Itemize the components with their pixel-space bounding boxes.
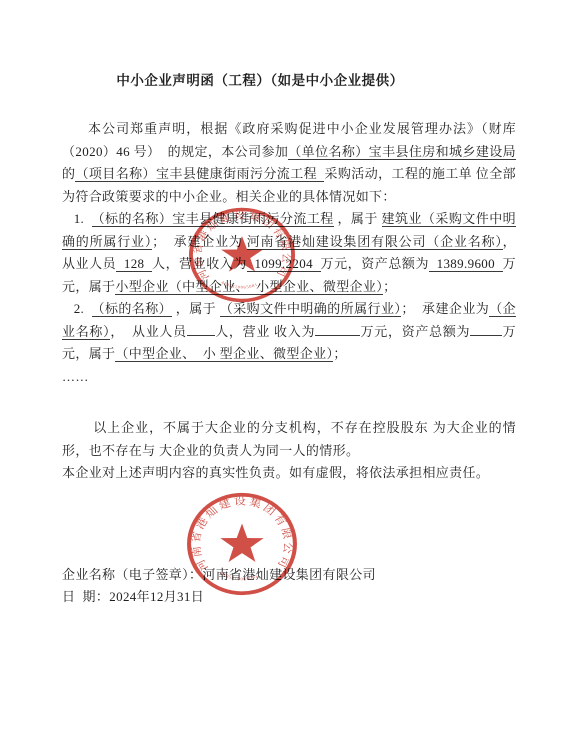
text-run: 人，营业收入为 bbox=[152, 256, 247, 271]
text-run: ，属于 bbox=[334, 211, 382, 226]
date-label: 日 期： bbox=[62, 589, 109, 604]
company-signature-line: 企业名称（电子签章）：河南省港灿建设集团有限公司 bbox=[62, 564, 516, 587]
document-body: 本公司郑重声明，根据《政府采购促进中小企业发展管理办法》（财库（2020）46 … bbox=[62, 118, 516, 609]
text-run: 万元，资产总额为 bbox=[360, 324, 470, 339]
subject-name-field: （标的名称）宝丰县健康街雨污分流工程 bbox=[92, 211, 334, 227]
text-run: 万元，资产总额为 bbox=[321, 256, 429, 271]
employee-count-field: 128 bbox=[116, 256, 152, 272]
item-number: 2. bbox=[74, 301, 92, 316]
item-2-paragraph: 2. （标的名称） ，属于 （采购文件中明确的所属行业）； 承建企业为（企业名称… bbox=[62, 298, 516, 366]
project-name-field: （项目名称）宝丰县健康街雨污分流工程 bbox=[75, 166, 324, 182]
text-run: 人，营业 收入为 bbox=[215, 324, 315, 339]
industry-field-blank: （采购文件中明确的所属行业） bbox=[220, 301, 402, 317]
subject-name-field-blank: （标的名称） bbox=[92, 301, 173, 317]
purchaser-name-field: （单位名称）宝丰县住房和城乡建设局 bbox=[288, 144, 516, 160]
responsibility-paragraph: 本企业对上述声明内容的真实性负责。如有虚假，将依法承担相应责任。 bbox=[62, 462, 516, 485]
intro-paragraph: 本公司郑重声明，根据《政府采购促进中小企业发展管理办法》（财库（2020）46 … bbox=[62, 118, 516, 208]
date-value: 2024年12月31日 bbox=[109, 589, 204, 604]
declaration-document: 中小企业声明函（工程）（如是中小企业提供） 本公司郑重声明，根据《政府采购促进中… bbox=[0, 0, 574, 740]
text-run: ； bbox=[333, 346, 346, 361]
assets-blank bbox=[470, 322, 502, 336]
ellipsis-line: …… bbox=[62, 366, 516, 389]
text-run: ； bbox=[383, 279, 396, 294]
assets-field: 1389.9600 bbox=[429, 256, 503, 272]
company-signature-label: 企业名称（电子签章）： bbox=[62, 567, 202, 582]
text-run: ，属于 bbox=[172, 301, 220, 316]
document-title: 中小企业声明函（工程）（如是中小企业提供） bbox=[62, 71, 458, 90]
enterprise-type-field: 小型企业（中型企业、 小型企业、微型企业） bbox=[115, 279, 383, 295]
revenue-blank bbox=[315, 322, 360, 336]
item-number: 1. bbox=[74, 211, 92, 226]
text-run: ； 承建企业为 bbox=[152, 234, 247, 249]
no-large-enterprise-paragraph: 以上企业，不属于大企业的分支机构，不存在控股股东 为大企业的情形，也不存在与 大… bbox=[62, 417, 516, 462]
employee-count-blank bbox=[187, 322, 215, 336]
text-run: ； 承建企业为 bbox=[401, 301, 489, 316]
signature-block: 企业名称（电子签章）：河南省港灿建设集团有限公司 日 期：2024年12月31日 bbox=[62, 564, 516, 609]
item-1-paragraph: 1. （标的名称）宝丰县健康街雨污分流工程 ，属于 建筑业（采购文件中明确的所属… bbox=[62, 208, 516, 298]
date-line: 日 期：2024年12月31日 bbox=[62, 586, 516, 609]
revenue-field: 1099.2204 bbox=[247, 256, 321, 272]
contractor-name-field: 河南省港灿建设集团有限公司（企业名称） bbox=[247, 234, 503, 250]
enterprise-type-field-blank: （中型企业、 小 型企业、微型企业） bbox=[115, 346, 333, 362]
company-signature-name: 河南省港灿建设集团有限公司 bbox=[202, 567, 376, 582]
text-run: ， 从业人员 bbox=[110, 324, 187, 339]
